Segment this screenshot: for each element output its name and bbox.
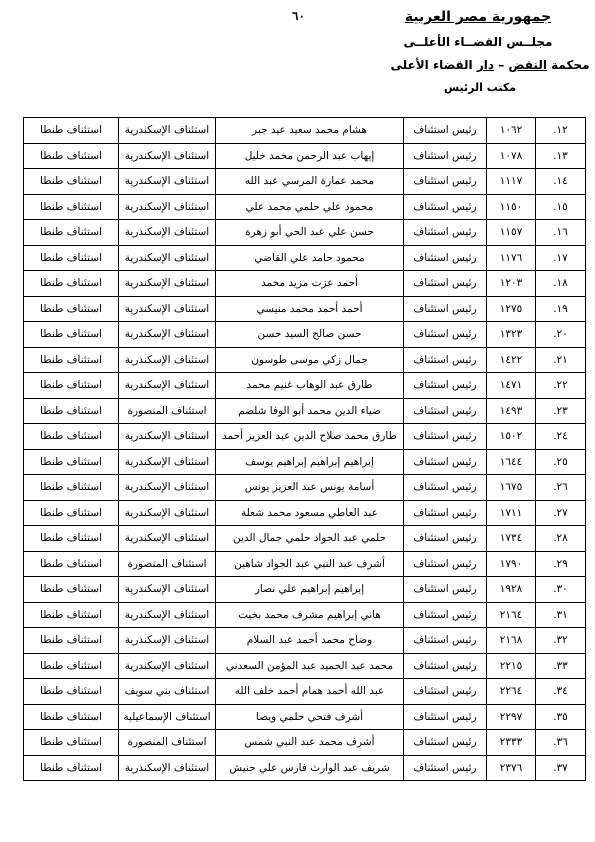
- row-from-court: استئناف المنصورة: [119, 398, 216, 424]
- table-row: ١٤.١١١٧رئيس استئنافمحمد عمارة المرسي عبد…: [24, 169, 586, 195]
- header-court-part1: محكمة: [547, 58, 590, 72]
- row-title: رئيس استئناف: [404, 118, 487, 144]
- table-row: ١٨.١٢٠٣رئيس استئنافأحمد عزت مزيد محمداست…: [24, 271, 586, 297]
- table-row: ٢٩.١٧٩٠رئيس استئنافأشرف عبد النبي عبد ال…: [24, 551, 586, 577]
- table-row: ٣٥.٢٢٩٧رئيس استئنافأشرف فتحي حلمي ويصااس…: [24, 704, 586, 730]
- row-title: رئيس استئناف: [404, 475, 487, 501]
- row-from-court: استئناف الإسكندرية: [119, 118, 216, 144]
- row-code: ١١١٧: [487, 169, 536, 195]
- row-name: محمود علي حلمي محمد علي: [216, 194, 404, 220]
- row-to-court: استئناف طنطا: [24, 169, 119, 195]
- row-to-court: استئناف طنطا: [24, 755, 119, 781]
- row-name: حسن صالح السيد حسن: [216, 322, 404, 348]
- row-name: حلمي عبد الجواد حلمي جمال الدين: [216, 526, 404, 552]
- row-code: ١٤٩٣: [487, 398, 536, 424]
- row-index: ٢١.: [536, 347, 586, 373]
- row-title: رئيس استئناف: [404, 628, 487, 654]
- row-name: عبد العاطي مسعود محمد شعلة: [216, 500, 404, 526]
- row-name: هشام محمد سعيد عيد جبر: [216, 118, 404, 144]
- row-name: أشرف محمد عبد النبي شمس: [216, 730, 404, 756]
- row-title: رئيس استئناف: [404, 551, 487, 577]
- row-name: طارق محمد صلاح الدين عبد العزيز أحمد: [216, 424, 404, 450]
- row-code: ١٩٢٨: [487, 577, 536, 603]
- row-code: ٢٣٧٦: [487, 755, 536, 781]
- row-name: وضاح محمد أحمد عبد السلام: [216, 628, 404, 654]
- row-from-court: استئناف الإسكندرية: [119, 271, 216, 297]
- row-index: ١٣.: [536, 143, 586, 169]
- table-body: ١٢.١٠٦٢رئيس استئنافهشام محمد سعيد عيد جب…: [24, 118, 586, 781]
- row-name: إبراهيم إبراهيم علي نصار: [216, 577, 404, 603]
- row-to-court: استئناف طنطا: [24, 730, 119, 756]
- row-to-court: استئناف طنطا: [24, 296, 119, 322]
- row-code: ١٣٢٣: [487, 322, 536, 348]
- row-code: ١١٥٧: [487, 220, 536, 246]
- table-row: ٣٤.٢٢٦٤رئيس استئنافعبد الله أحمد همام أح…: [24, 679, 586, 705]
- row-code: ١٤٢٢: [487, 347, 536, 373]
- row-title: رئيس استئناف: [404, 500, 487, 526]
- row-to-court: استئناف طنطا: [24, 679, 119, 705]
- row-index: ٣٠.: [536, 577, 586, 603]
- table-row: ١٢.١٠٦٢رئيس استئنافهشام محمد سعيد عيد جب…: [24, 118, 586, 144]
- row-name: عبد الله أحمد همام أحمد خلف الله: [216, 679, 404, 705]
- table-row: ٢٤.١٥٠٢رئيس استئنافطارق محمد صلاح الدين …: [24, 424, 586, 450]
- table-row: ٢٨.١٧٣٤رئيس استئنافحلمي عبد الجواد حلمي …: [24, 526, 586, 552]
- row-index: ٣١.: [536, 602, 586, 628]
- row-title: رئيس استئناف: [404, 398, 487, 424]
- row-to-court: استئناف طنطا: [24, 551, 119, 577]
- table-row: ٢٠.١٣٢٣رئيس استئنافحسن صالح السيد حسناست…: [24, 322, 586, 348]
- row-code: ١٧١١: [487, 500, 536, 526]
- header-council: مجلــس القضــاء الأعلــى: [360, 35, 595, 49]
- row-code: ١٧٩٠: [487, 551, 536, 577]
- row-from-court: استئناف الإسكندرية: [119, 424, 216, 450]
- table-row: ٢٦.١٦٧٥رئيس استئنافأسامة يونس عبد العزيز…: [24, 475, 586, 501]
- table-row: ٢١.١٤٢٢رئيس استئنافجمال زكي موسى طوسوناس…: [24, 347, 586, 373]
- row-name: جمال زكي موسى طوسون: [216, 347, 404, 373]
- row-index: ١٩.: [536, 296, 586, 322]
- row-title: رئيس استئناف: [404, 322, 487, 348]
- row-from-court: استئناف الإسكندرية: [119, 194, 216, 220]
- row-name: محمود حامد علي القاضي: [216, 245, 404, 271]
- row-code: ١١٥٠: [487, 194, 536, 220]
- row-name: أحمد أحمد محمد منيسي: [216, 296, 404, 322]
- row-name: حسن علي عبد الحي أبو زهرة: [216, 220, 404, 246]
- judges-table: ١٢.١٠٦٢رئيس استئنافهشام محمد سعيد عيد جب…: [23, 117, 586, 781]
- row-title: رئيس استئناف: [404, 730, 487, 756]
- row-from-court: استئناف الإسكندرية: [119, 220, 216, 246]
- header-country: جمهورية مصر العربية: [360, 9, 595, 25]
- row-code: ٢٣٣٣: [487, 730, 536, 756]
- row-code: ١٦٤٤: [487, 449, 536, 475]
- row-name: ضياء الدين محمد أبو الوفا شلضم: [216, 398, 404, 424]
- row-from-court: استئناف الإسكندرية: [119, 628, 216, 654]
- row-from-court: استئناف الإسكندرية: [119, 755, 216, 781]
- row-title: رئيس استئناف: [404, 347, 487, 373]
- row-name: شريف عبد الوارث فارس علي حنيش: [216, 755, 404, 781]
- table-row: ١٣.١٠٧٨رئيس استئنافإيهاب عبد الرحمن محمد…: [24, 143, 586, 169]
- row-from-court: استئناف الإسكندرية: [119, 500, 216, 526]
- row-index: ٢٢.: [536, 373, 586, 399]
- row-to-court: استئناف طنطا: [24, 628, 119, 654]
- row-code: ٢٢١٥: [487, 653, 536, 679]
- table-row: ٣٢.٢١٦٨رئيس استئنافوضاح محمد أحمد عبد ال…: [24, 628, 586, 654]
- row-title: رئيس استئناف: [404, 373, 487, 399]
- row-title: رئيس استئناف: [404, 526, 487, 552]
- row-to-court: استئناف طنطا: [24, 347, 119, 373]
- row-from-court: استئناف الإسكندرية: [119, 526, 216, 552]
- row-index: ٢٥.: [536, 449, 586, 475]
- row-to-court: استئناف طنطا: [24, 118, 119, 144]
- row-to-court: استئناف طنطا: [24, 500, 119, 526]
- header-court-part2: النقض: [508, 58, 547, 72]
- row-index: ٢٩.: [536, 551, 586, 577]
- table-row: ٢٧.١٧١١رئيس استئنافعبد العاطي مسعود محمد…: [24, 500, 586, 526]
- row-code: ٢٢٦٤: [487, 679, 536, 705]
- row-to-court: استئناف طنطا: [24, 143, 119, 169]
- row-name: أشرف عبد النبي عبد الجواد شاهين: [216, 551, 404, 577]
- row-from-court: استئناف الإسكندرية: [119, 322, 216, 348]
- row-to-court: استئناف طنطا: [24, 449, 119, 475]
- row-name: محمد عبد الحميد عبد المؤمن السعدني: [216, 653, 404, 679]
- row-index: ٣٣.: [536, 653, 586, 679]
- row-from-court: استئناف الإسكندرية: [119, 296, 216, 322]
- row-index: ٢٨.: [536, 526, 586, 552]
- row-title: رئيس استئناف: [404, 169, 487, 195]
- header-court-part4: دار: [477, 58, 494, 72]
- row-name: طارق عبد الوهاب غنيم محمد: [216, 373, 404, 399]
- row-title: رئيس استئناف: [404, 424, 487, 450]
- row-from-court: استئناف الإسماعيلية: [119, 704, 216, 730]
- row-code: ١٥٠٢: [487, 424, 536, 450]
- row-from-court: استئناف بني سويف: [119, 679, 216, 705]
- row-code: ٢٢٩٧: [487, 704, 536, 730]
- row-to-court: استئناف طنطا: [24, 194, 119, 220]
- row-from-court: استئناف الإسكندرية: [119, 577, 216, 603]
- row-index: ٢٦.: [536, 475, 586, 501]
- row-index: ٣٦.: [536, 730, 586, 756]
- row-index: ١٧.: [536, 245, 586, 271]
- row-to-court: استئناف طنطا: [24, 577, 119, 603]
- table-row: ٣٦.٢٣٣٣رئيس استئنافأشرف محمد عبد النبي ش…: [24, 730, 586, 756]
- row-index: ٣٥.: [536, 704, 586, 730]
- row-code: ١٢٠٣: [487, 271, 536, 297]
- header-court: محكمة النقض – دار القضاء الأعلى: [385, 58, 595, 72]
- row-title: رئيس استئناف: [404, 449, 487, 475]
- row-from-court: استئناف الإسكندرية: [119, 347, 216, 373]
- row-from-court: استئناف الإسكندرية: [119, 245, 216, 271]
- row-from-court: استئناف الإسكندرية: [119, 475, 216, 501]
- row-name: إبراهيم إبراهيم إبراهيم يوسف: [216, 449, 404, 475]
- row-title: رئيس استئناف: [404, 271, 487, 297]
- row-from-court: استئناف المنصورة: [119, 551, 216, 577]
- table-row: ١٧.١١٧٦رئيس استئنافمحمود حامد علي القاضي…: [24, 245, 586, 271]
- row-name: محمد عمارة المرسي عبد الله: [216, 169, 404, 195]
- header-court-part5: القضاء الأعلى: [390, 58, 476, 72]
- row-title: رئيس استئناف: [404, 679, 487, 705]
- row-index: ٣٤.: [536, 679, 586, 705]
- table-row: ٢٣.١٤٩٣رئيس استئنافضياء الدين محمد أبو ا…: [24, 398, 586, 424]
- row-index: ٣٢.: [536, 628, 586, 654]
- row-title: رئيس استئناف: [404, 143, 487, 169]
- row-index: ١٦.: [536, 220, 586, 246]
- row-from-court: استئناف الإسكندرية: [119, 602, 216, 628]
- row-title: رئيس استئناف: [404, 653, 487, 679]
- table-row: ١٦.١١٥٧رئيس استئنافحسن علي عبد الحي أبو …: [24, 220, 586, 246]
- row-index: ٢٤.: [536, 424, 586, 450]
- page-number: ٦٠: [292, 9, 305, 23]
- row-to-court: استئناف طنطا: [24, 424, 119, 450]
- header-court-part3: –: [494, 58, 508, 72]
- row-title: رئيس استئناف: [404, 602, 487, 628]
- row-from-court: استئناف الإسكندرية: [119, 169, 216, 195]
- table-row: ٣٠.١٩٢٨رئيس استئنافإبراهيم إبراهيم علي ن…: [24, 577, 586, 603]
- row-to-court: استئناف طنطا: [24, 526, 119, 552]
- row-title: رئيس استئناف: [404, 194, 487, 220]
- row-to-court: استئناف طنطا: [24, 704, 119, 730]
- row-name: أحمد عزت مزيد محمد: [216, 271, 404, 297]
- table-row: ١٩.١٢٧٥رئيس استئنافأحمد أحمد محمد منيسيا…: [24, 296, 586, 322]
- row-to-court: استئناف طنطا: [24, 398, 119, 424]
- row-code: ١١٧٦: [487, 245, 536, 271]
- row-title: رئيس استئناف: [404, 245, 487, 271]
- row-to-court: استئناف طنطا: [24, 602, 119, 628]
- row-code: ١٦٧٥: [487, 475, 536, 501]
- table-row: ١٥.١١٥٠رئيس استئنافمحمود علي حلمي محمد ع…: [24, 194, 586, 220]
- row-index: ١٥.: [536, 194, 586, 220]
- row-title: رئيس استئناف: [404, 220, 487, 246]
- row-name: أشرف فتحي حلمي ويصا: [216, 704, 404, 730]
- row-code: ١٧٣٤: [487, 526, 536, 552]
- row-title: رئيس استئناف: [404, 704, 487, 730]
- row-from-court: استئناف الإسكندرية: [119, 449, 216, 475]
- row-to-court: استئناف طنطا: [24, 322, 119, 348]
- table-row: ٣١.٢١٦٤رئيس استئنافهاني إبراهيم مشرف محم…: [24, 602, 586, 628]
- row-code: ١٠٧٨: [487, 143, 536, 169]
- row-to-court: استئناف طنطا: [24, 475, 119, 501]
- row-title: رئيس استئناف: [404, 577, 487, 603]
- row-code: ١٢٧٥: [487, 296, 536, 322]
- row-name: إيهاب عبد الرحمن محمد خليل: [216, 143, 404, 169]
- row-to-court: استئناف طنطا: [24, 653, 119, 679]
- row-title: رئيس استئناف: [404, 296, 487, 322]
- table-row: ٢٥.١٦٤٤رئيس استئنافإبراهيم إبراهيم إبراه…: [24, 449, 586, 475]
- table-row: ٣٧.٢٣٧٦رئيس استئنافشريف عبد الوارث فارس …: [24, 755, 586, 781]
- row-code: ١٠٦٢: [487, 118, 536, 144]
- row-index: ١٤.: [536, 169, 586, 195]
- row-index: ٢٧.: [536, 500, 586, 526]
- row-to-court: استئناف طنطا: [24, 373, 119, 399]
- row-title: رئيس استئناف: [404, 755, 487, 781]
- header-office: مكتب الرئيس: [395, 81, 565, 94]
- row-name: أسامة يونس عبد العزيز يونس: [216, 475, 404, 501]
- row-index: ٢٠.: [536, 322, 586, 348]
- row-index: ١٨.: [536, 271, 586, 297]
- row-to-court: استئناف طنطا: [24, 245, 119, 271]
- row-code: ١٤٧١: [487, 373, 536, 399]
- row-to-court: استئناف طنطا: [24, 271, 119, 297]
- row-index: ٣٧.: [536, 755, 586, 781]
- row-to-court: استئناف طنطا: [24, 220, 119, 246]
- row-name: هاني إبراهيم مشرف محمد بخيت: [216, 602, 404, 628]
- row-index: ٢٣.: [536, 398, 586, 424]
- row-code: ٢١٦٤: [487, 602, 536, 628]
- table-row: ٢٢.١٤٧١رئيس استئنافطارق عبد الوهاب غنيم …: [24, 373, 586, 399]
- table-row: ٣٣.٢٢١٥رئيس استئنافمحمد عبد الحميد عبد ا…: [24, 653, 586, 679]
- row-from-court: استئناف الإسكندرية: [119, 143, 216, 169]
- row-from-court: استئناف المنصورة: [119, 730, 216, 756]
- row-from-court: استئناف الإسكندرية: [119, 653, 216, 679]
- row-code: ٢١٦٨: [487, 628, 536, 654]
- row-from-court: استئناف الإسكندرية: [119, 373, 216, 399]
- row-index: ١٢.: [536, 118, 586, 144]
